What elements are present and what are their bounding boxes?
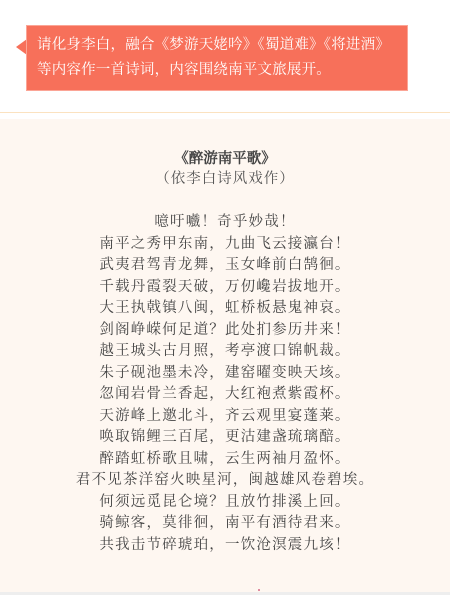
poem-subtitle: （依李白诗风戏作） bbox=[0, 169, 450, 189]
poem-line: 君不见茶洋窑火映星河，闽越雄风卷碧埃。 bbox=[0, 470, 450, 492]
poem-line: 朱子砚池墨未冷，建窑曜变映天垓。 bbox=[0, 363, 450, 385]
divider bbox=[0, 112, 450, 113]
poem-line: 共我击节碎琥珀，一饮沧溟震九垓！ bbox=[0, 535, 450, 557]
poem-line: 千载丹霞裂天破，万仞巉岩拔地开。 bbox=[0, 277, 450, 299]
poem-line: 武夷君驾青龙舞，玉女峰前白鹄徊。 bbox=[0, 255, 450, 277]
chat-page: 请化身李白，融合《梦游天姥吟》《蜀道难》《将进酒》等内容作一首诗词，内容围绕南平… bbox=[0, 0, 450, 595]
poem-line: 越王城头古月照，考亭渡口锦帆裁。 bbox=[0, 341, 450, 363]
poem-line: 醉踏虹桥歌且啸，云生两袖月盈怀。 bbox=[0, 449, 450, 471]
poem-line: 何须远觅昆仑境？且放竹排溪上回。 bbox=[0, 492, 450, 514]
poem-line: 唤取锦鲤三百尾，更沽建盏琉璃醅。 bbox=[0, 427, 450, 449]
poem-line: 天游峰上邀北斗，齐云观里宴蓬莱。 bbox=[0, 406, 450, 428]
user-message-bubble: 请化身李白，融合《梦游天姥吟》《蜀道难》《将进酒》等内容作一首诗词，内容围绕南平… bbox=[26, 25, 408, 91]
poem-line: 噫吁嚱！奇乎妙哉！ bbox=[0, 212, 450, 234]
user-prompt-area: 请化身李白，融合《梦游天姥吟》《蜀道难》《将进酒》等内容作一首诗词，内容围绕南平… bbox=[0, 0, 450, 112]
poem-line: 大王执戟镇八闽，虹桥板悬鬼神哀。 bbox=[0, 298, 450, 320]
poem-line: 骑鲸客，莫徘徊，南平有酒待君来。 bbox=[0, 513, 450, 535]
poem-title: 《醉游南平歌》 bbox=[0, 149, 450, 169]
scroll-marker bbox=[258, 589, 260, 591]
poem-body: 噫吁嚱！奇乎妙哉！ 南平之秀甲东南，九曲飞云接瀛台！ 武夷君驾青龙舞，玉女峰前白… bbox=[0, 212, 450, 556]
poem-line: 忽闻岩骨兰香起，大红袍煮紫霞杯。 bbox=[0, 384, 450, 406]
user-message-text: 请化身李白，融合《梦游天姥吟》《蜀道难》《将进酒》等内容作一首诗词，内容围绕南平… bbox=[37, 37, 390, 78]
poem-line: 剑阁峥嵘何足道？此处扪参历井来！ bbox=[0, 320, 450, 342]
poem-line: 南平之秀甲东南，九曲飞云接瀛台！ bbox=[0, 234, 450, 256]
